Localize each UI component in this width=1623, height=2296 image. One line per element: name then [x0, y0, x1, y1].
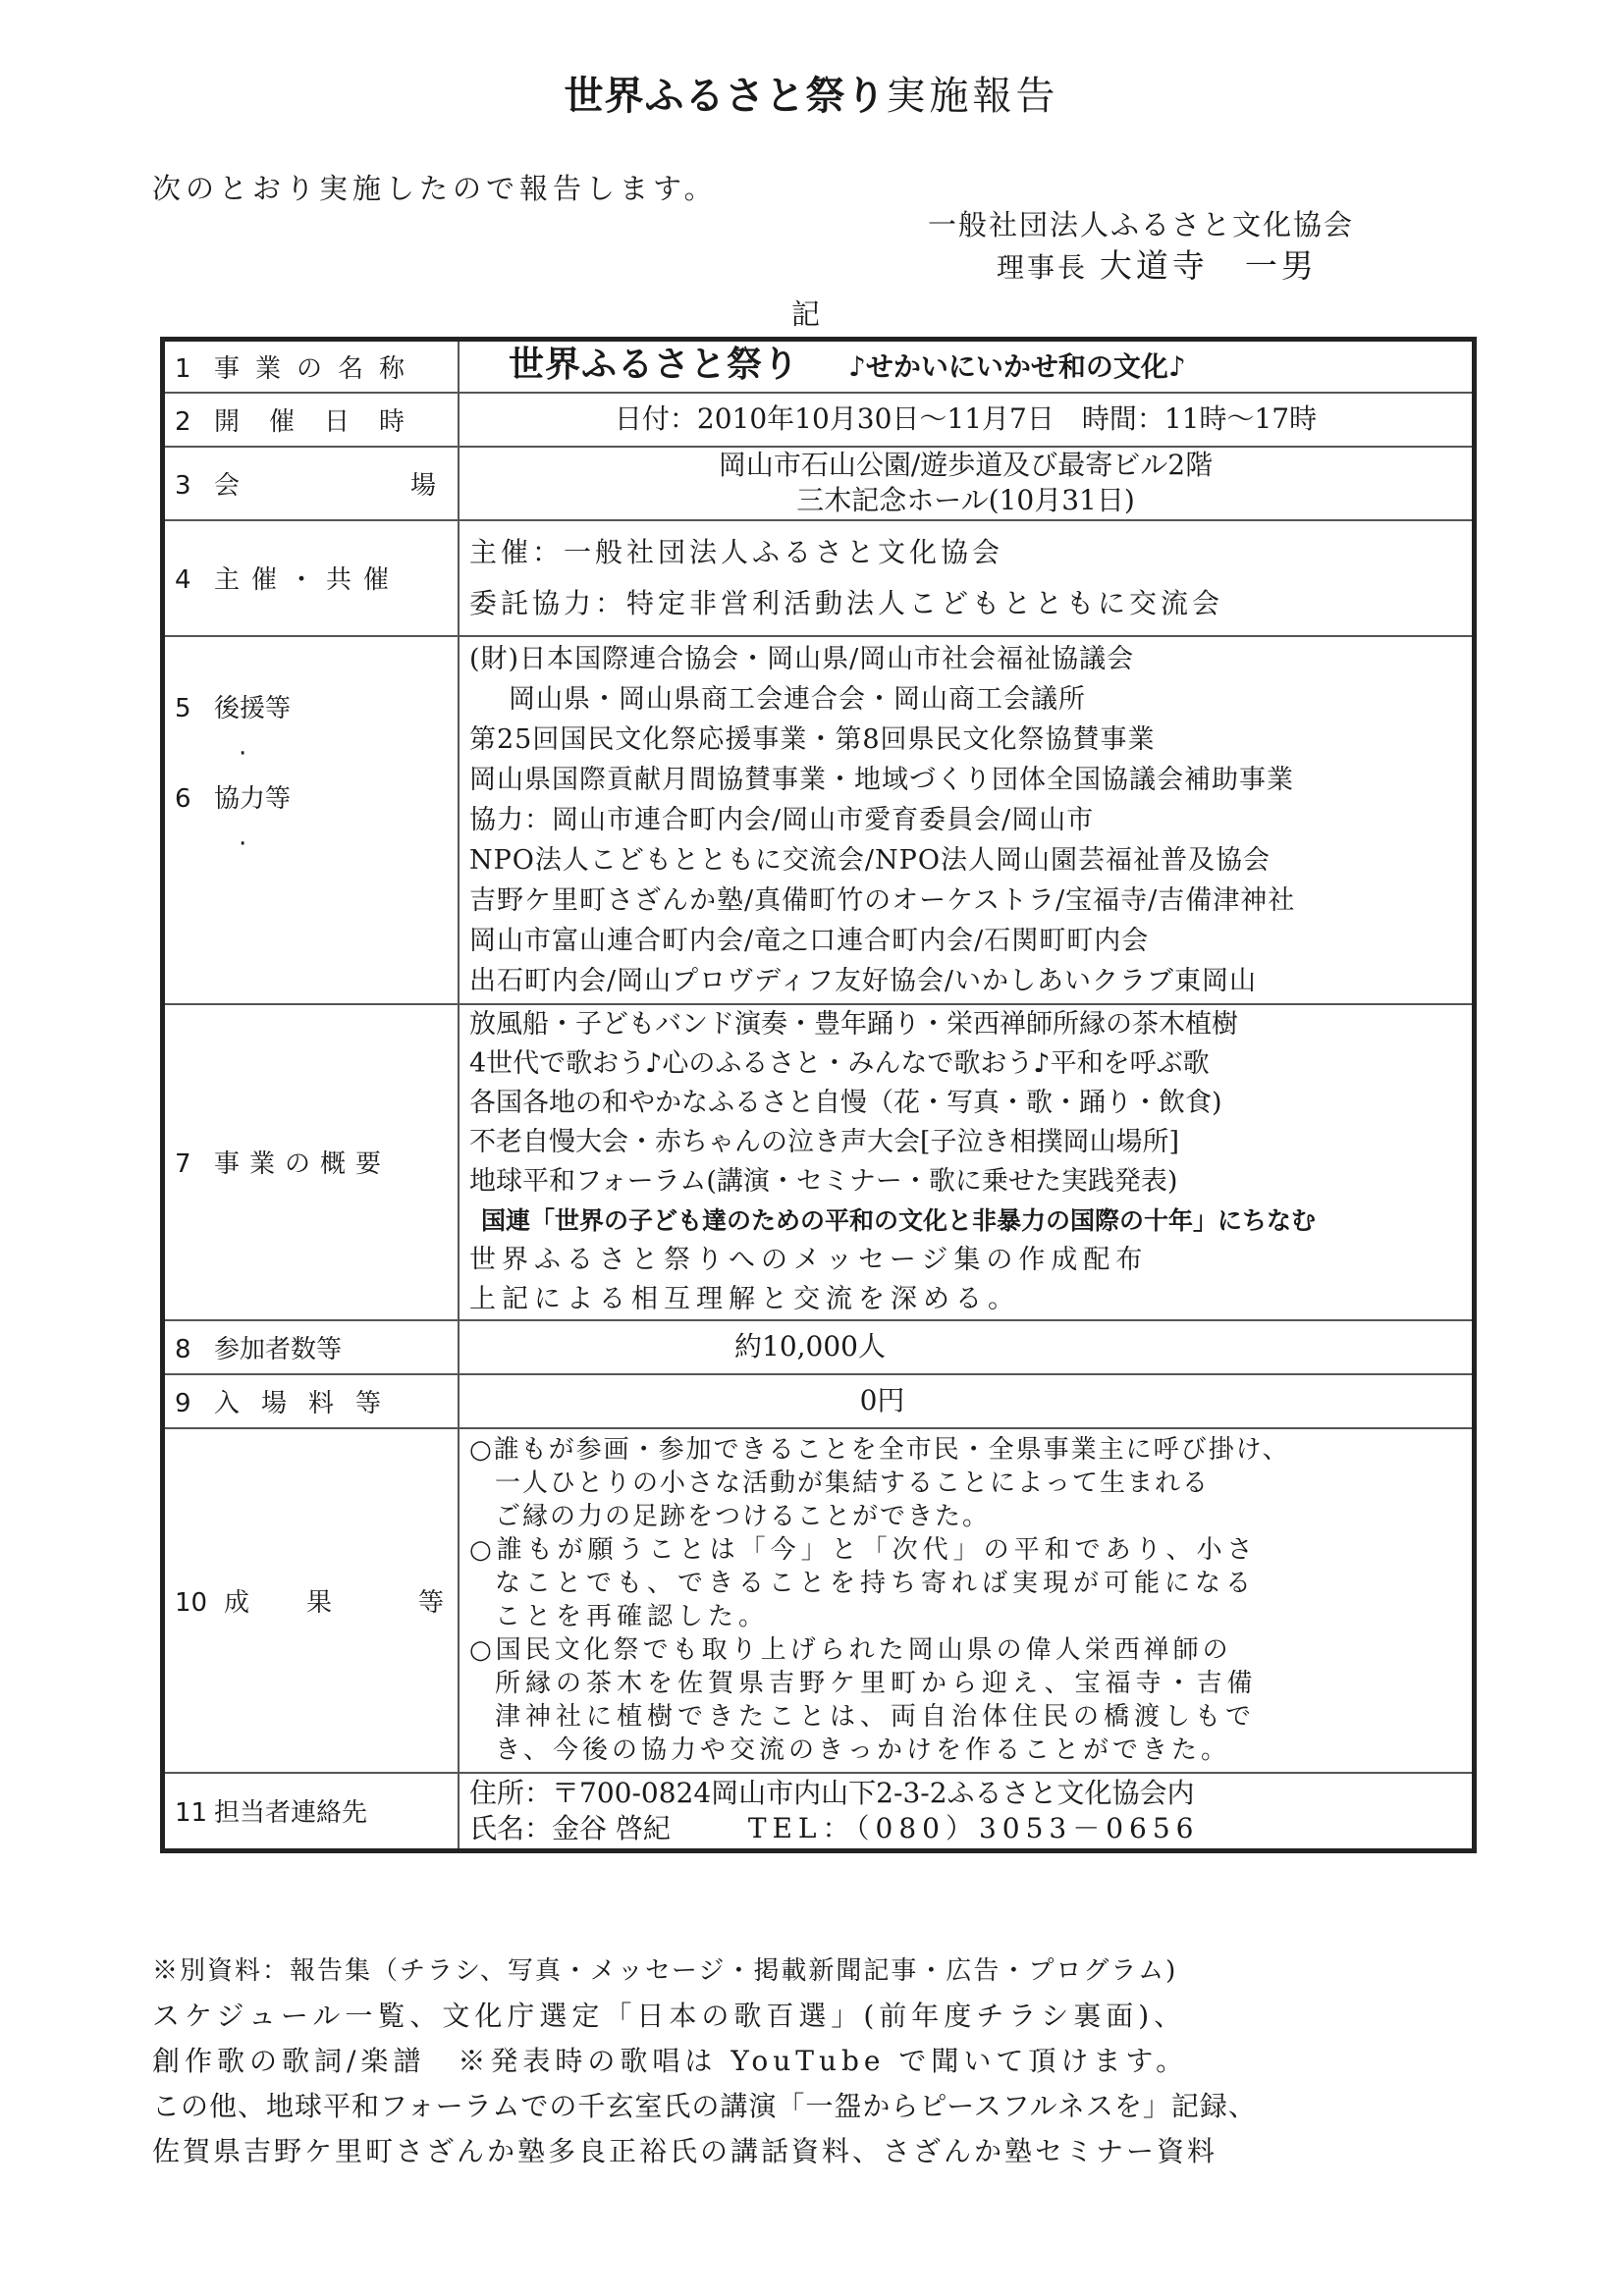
- attachments-note: ※別資料：報告集（チラシ、写真・メッセージ・掲載新聞記事・広告・プログラム) ス…: [152, 1949, 1257, 2174]
- table-row-admission: 9入場料等 0円: [163, 1374, 1475, 1428]
- support-line: 岡山県・岡山県商工会連合会・岡山商工会議所: [469, 679, 1462, 720]
- ki-marker: 記: [791, 293, 820, 333]
- overview-line: 上記による相互理解と交流を深める。: [469, 1280, 1462, 1319]
- event-name: 世界ふるさと祭り: [509, 345, 799, 385]
- overview-un-line: 国連「世界の子ども達のための平和の文化と非暴力の国際の十年」にちなむ: [469, 1201, 1462, 1241]
- row-label-text: 入場料等: [214, 1389, 403, 1418]
- separator-dot: ·: [175, 731, 458, 776]
- venue: 岡山市石山公園/遊歩道及び最寄ビル2階 三木記念ホール(10月31日): [459, 447, 1475, 520]
- row-label-text: 協力等: [214, 784, 291, 814]
- overview-line: 各国各地の和やかなふるさと自慢（花・写真・歌・踊り・飲食): [469, 1084, 1462, 1123]
- row-label-text: 後援等: [214, 694, 291, 723]
- result-line: ○誰もが参画・参加できることを全市民・全県事業主に呼び掛け、: [469, 1433, 1462, 1467]
- intro-text: 次のとおり実施したので報告します。: [152, 167, 718, 207]
- row-number: 11: [175, 1798, 214, 1828]
- table-row-contact: 11担当者連絡先 住所：〒700-0824岡山市内山下2-3-2ふるさと文化協会…: [163, 1773, 1475, 1851]
- separator-dot: ·: [175, 822, 458, 867]
- row-label: 2開催日時: [163, 393, 460, 447]
- footer-line: 創作歌の歌詞/楽譜 ※発表時の歌唱は YouTube で聞いて頂けます。: [152, 2039, 1257, 2084]
- support-list: (財)日本国際連合協会・岡山県/岡山市社会福祉協議会 岡山県・岡山県商工会連合会…: [459, 636, 1475, 1004]
- table-row-overview: 7事業の概要 放風船・子どもバンド演奏・豊年踊り・栄西禅師所縁の茶木植樹 4世代…: [163, 1004, 1475, 1320]
- admission-fee: 0円: [459, 1374, 1475, 1428]
- overview-line: 4世代で歌おう♪心のふるさと・みんなで歌おう♪平和を呼ぶ歌: [469, 1044, 1462, 1084]
- chair-signature: 理事長 大道寺 一男: [997, 240, 1318, 287]
- result-line: なことでも、できることを持ち寄れば実現が可能になる: [469, 1567, 1462, 1600]
- title-report-label: 実施報告: [887, 74, 1059, 119]
- row-label-text: 場: [410, 465, 436, 502]
- table-row-results: 10成果等 ○誰もが参画・参加できることを全市民・全県事業主に呼び掛け、 一人ひ…: [163, 1428, 1475, 1773]
- support-line: 岡山県国際貢献月間協賛事業・地域づくり団体全国協議会補助事業: [469, 760, 1462, 800]
- row-label: 5後援等 · 6協力等 ·: [163, 636, 460, 1004]
- row-label-text: 事業の名称: [214, 354, 420, 384]
- cooperation-line: 協力：岡山市連合町内会/岡山市愛育委員会/岡山市: [469, 800, 1462, 840]
- row-label: 8参加者数等: [163, 1320, 460, 1374]
- organization-name: 一般社団法人ふるさと文化協会: [928, 203, 1354, 243]
- row-label: 3会場: [163, 447, 460, 520]
- overview: 放風船・子どもバンド演奏・豊年踊り・栄西禅師所縁の茶木植樹 4世代で歌おう♪心の…: [459, 1004, 1475, 1320]
- row-label: 4主催・共催: [163, 520, 460, 636]
- venue-line: 三木記念ホール(10月31日): [469, 483, 1462, 518]
- venue-line: 岡山市石山公園/遊歩道及び最寄ビル2階: [469, 448, 1462, 483]
- support-line: (財)日本国際連合協会・岡山県/岡山市社会福祉協議会: [469, 639, 1462, 679]
- row-number: 6: [175, 776, 214, 822]
- table-row-venue: 3会場 岡山市石山公園/遊歩道及び最寄ビル2階 三木記念ホール(10月31日): [163, 447, 1475, 520]
- row-label: 1事業の名称: [163, 340, 460, 393]
- row-number: 5: [175, 686, 214, 731]
- results: ○誰もが参画・参加できることを全市民・全県事業主に呼び掛け、 一人ひとりの小さな…: [459, 1428, 1475, 1773]
- row-label-text: 等: [418, 1582, 444, 1619]
- table-row-support: 5後援等 · 6協力等 · (財)日本国際連合協会・岡山県/岡山市社会福祉協議会…: [163, 636, 1475, 1004]
- row-number: 8: [175, 1335, 214, 1364]
- cooperation-line: NPO法人こどもとともに交流会/NPO法人岡山園芸福祉普及協会: [469, 840, 1462, 881]
- overview-line: 世界ふるさと祭りへのメッセージ集の作成配布: [469, 1241, 1462, 1280]
- row-label-text: 事業の概要: [214, 1149, 391, 1179]
- title-event-name: 世界ふるさと祭り: [565, 74, 887, 119]
- report-table: 1事業の名称 世界ふるさと祭り♪せかいにいかせ和の文化♪ 2開催日時 日付：20…: [160, 337, 1477, 1853]
- result-line: ○国民文化祭でも取り上げられた岡山県の偉人栄西禅師の: [469, 1633, 1462, 1667]
- footer-line: この他、地球平和フォーラムでの千玄室氏の講演「一盌からピースフルネスを」記録、: [152, 2084, 1257, 2129]
- footer-line: ※別資料：報告集（チラシ、写真・メッセージ・掲載新聞記事・広告・プログラム): [152, 1949, 1257, 1994]
- contact-phone: TEL：（080）3053－0656: [748, 1812, 1200, 1844]
- organizer-line: 委託協力：特定非営利活動法人こどもとともに交流会: [469, 578, 1462, 629]
- table-row-participants: 8参加者数等 約10,000人: [163, 1320, 1475, 1374]
- row-label: 11担当者連絡先: [163, 1773, 460, 1851]
- chair-title: 理事長: [997, 251, 1088, 284]
- chair-name: 大道寺 一男: [1100, 246, 1318, 285]
- row-label: 7事業の概要: [163, 1004, 460, 1320]
- support-line: 第25回国民文化祭応援事業・第8回県民文化祭協賛事業: [469, 720, 1462, 760]
- table-row-datetime: 2開催日時 日付：2010年10月30日～11月7日 時間：11時～17時: [163, 393, 1475, 447]
- footer-line: 佐賀県吉野ケ里町さざんか塾多良正裕氏の講話資料、さざんか塾セミナー資料: [152, 2129, 1257, 2174]
- participants-count: 約10,000人: [459, 1320, 1475, 1374]
- contact-name: 氏名：金谷 啓紀: [469, 1812, 671, 1844]
- event-subtitle: ♪せかいにいかせ和の文化♪: [848, 350, 1186, 383]
- row-label-text: 主催・共催: [214, 565, 401, 595]
- table-row-organizers: 4主催・共催 主催：一般社団法人ふるさと文化協会 委託協力：特定非営利活動法人こ…: [163, 520, 1475, 636]
- row-label: 10成果等: [163, 1428, 460, 1773]
- result-line: ご縁の力の足跡をつけることができた。: [469, 1500, 1462, 1533]
- result-line: ことを再確認した。: [469, 1600, 1462, 1633]
- contact-info: 住所：〒700-0824岡山市内山下2-3-2ふるさと文化協会内 氏名：金谷 啓…: [459, 1773, 1475, 1851]
- event-datetime: 日付：2010年10月30日～11月7日 時間：11時～17時: [459, 393, 1475, 447]
- row-number: 2: [175, 407, 214, 437]
- row-value: 世界ふるさと祭り♪せかいにいかせ和の文化♪: [459, 340, 1475, 393]
- cooperation-line: 吉野ケ里町さざんか塾/真備町竹のオーケストラ/宝福寺/吉備津神社: [469, 881, 1462, 921]
- overview-line: 放風船・子どもバンド演奏・豊年踊り・栄西禅師所縁の茶木植樹: [469, 1005, 1462, 1044]
- row-label-text: 担当者連絡先: [214, 1798, 367, 1828]
- row-number: 7: [175, 1149, 214, 1179]
- row-label-text: 果: [306, 1588, 332, 1618]
- table-row-event-name: 1事業の名称 世界ふるさと祭り♪せかいにいかせ和の文化♪: [163, 340, 1475, 393]
- page-title: 世界ふるさと祭り実施報告: [0, 69, 1623, 124]
- result-line: 津神社に植樹できたことは、両自治体住民の橋渡しもで: [469, 1700, 1462, 1734]
- footer-line: スケジュール一覧、文化庁選定「日本の歌百選」(前年度チラシ裏面)、: [152, 1994, 1257, 2039]
- row-number: 10: [175, 1588, 214, 1618]
- result-line: 所縁の茶木を佐賀県吉野ケ里町から迎え、宝福寺・吉備: [469, 1667, 1462, 1700]
- overview-line: 地球平和フォーラム(講演・セミナー・歌に乗せた実践発表): [469, 1162, 1462, 1201]
- organizer-line: 主催：一般社団法人ふるさと文化協会: [469, 527, 1462, 578]
- row-label-text: 成: [224, 1588, 249, 1618]
- result-line: ○誰もが願うことは「今」と「次代」の平和であり、小さ: [469, 1533, 1462, 1567]
- row-number: 9: [175, 1389, 214, 1418]
- contact-address: 住所：〒700-0824岡山市内山下2-3-2ふるさと文化協会内: [469, 1776, 1462, 1811]
- row-number: 1: [175, 354, 214, 384]
- row-label-text: 会: [214, 471, 240, 501]
- organizers: 主催：一般社団法人ふるさと文化協会 委託協力：特定非営利活動法人こどもとともに交…: [459, 520, 1475, 636]
- cooperation-line: 出石町内会/岡山プロヴディフ友好協会/いかしあいクラブ東岡山: [469, 961, 1462, 1001]
- overview-line: 不老自慢大会・赤ちゃんの泣き声大会[子泣き相撲岡山場所]: [469, 1123, 1462, 1162]
- result-line: き、今後の協力や交流のきっかけを作ることができた。: [469, 1734, 1462, 1767]
- result-line: 一人ひとりの小さな活動が集結することによって生まれる: [469, 1467, 1462, 1500]
- cooperation-line: 岡山市富山連合町内会/竜之口連合町内会/石関町町内会: [469, 921, 1462, 961]
- row-number: 4: [175, 565, 214, 595]
- row-label-text: 開催日時: [214, 407, 434, 437]
- row-label: 9入場料等: [163, 1374, 460, 1428]
- row-label-text: 参加者数等: [214, 1335, 342, 1364]
- row-number: 3: [175, 471, 214, 501]
